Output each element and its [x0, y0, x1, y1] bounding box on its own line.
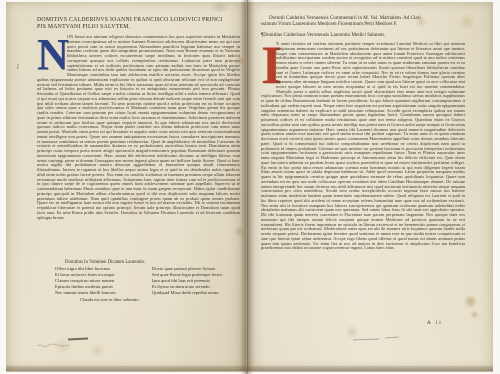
ink-dash [68, 337, 88, 340]
pencil-dash [385, 337, 399, 339]
pencil-scribble [36, 335, 70, 340]
quire-signature: A ii [427, 320, 443, 326]
penwork-flourish [37, 35, 72, 82]
verse-title: Domitius In Volumen Dicatum Laurentio. [65, 260, 145, 265]
margin-numeral: 1 [16, 64, 20, 71]
ghost-handwriting: Calderini commentarii in Martialem liber… [271, 2, 429, 9]
right-page-body-text: IN omni claritate ad ciuilem rationem pe… [261, 42, 465, 318]
left-page-heading-line2: PIS MANTVANI FILIO SALVTEM. [37, 24, 130, 30]
right-body-copy: N omni claritate ad ciuilem rationem per… [261, 42, 465, 250]
illuminated-initial-i: I [261, 43, 273, 91]
open-book-spread: DOMITIVS CALDERINVS IOANNI FRANCISCO LOD… [0, 0, 500, 374]
verse-line: Nec tantum tenuis libelli honores [55, 290, 152, 296]
epigram-final-line: Clauda est sine te liber salutatio. [80, 297, 140, 302]
left-page: DOMITIVS CALDERINVS IOANNI FRANCISCO LOD… [6, 2, 246, 371]
right-page-heading-line2: ssimum Virum Laurentium Medicem Florenti… [261, 22, 397, 28]
left-page-heading-line1: DOMITIVS CALDERINVS IOANNI FRANCISCO LOD… [37, 17, 222, 23]
right-page: Calderini commentarii in Martialem liber… [247, 2, 493, 371]
pencil-dash [353, 339, 379, 341]
verse-line: Quidquid Musa dedit repedita uenia. [152, 290, 223, 296]
illuminated-initial-n: N [37, 36, 64, 75]
dedication-epigram: Offert nigra tibi liber lucernas Et lusu… [55, 266, 245, 296]
right-page-salutation: ¶Domitius Calderinus Veronensis Laurenti… [261, 33, 385, 39]
epigram-right-column: Docto quae pariant placere Syluae. Sed q… [152, 266, 223, 296]
left-page-body-text: N ON fuisse nos nimium religioni obnoxio… [37, 35, 240, 259]
verse-line: Sed quae Roma legat probetque lector. [152, 272, 223, 278]
epigram-left-column: Offert nigra tibi liber lucernas Et lusu… [55, 266, 152, 296]
